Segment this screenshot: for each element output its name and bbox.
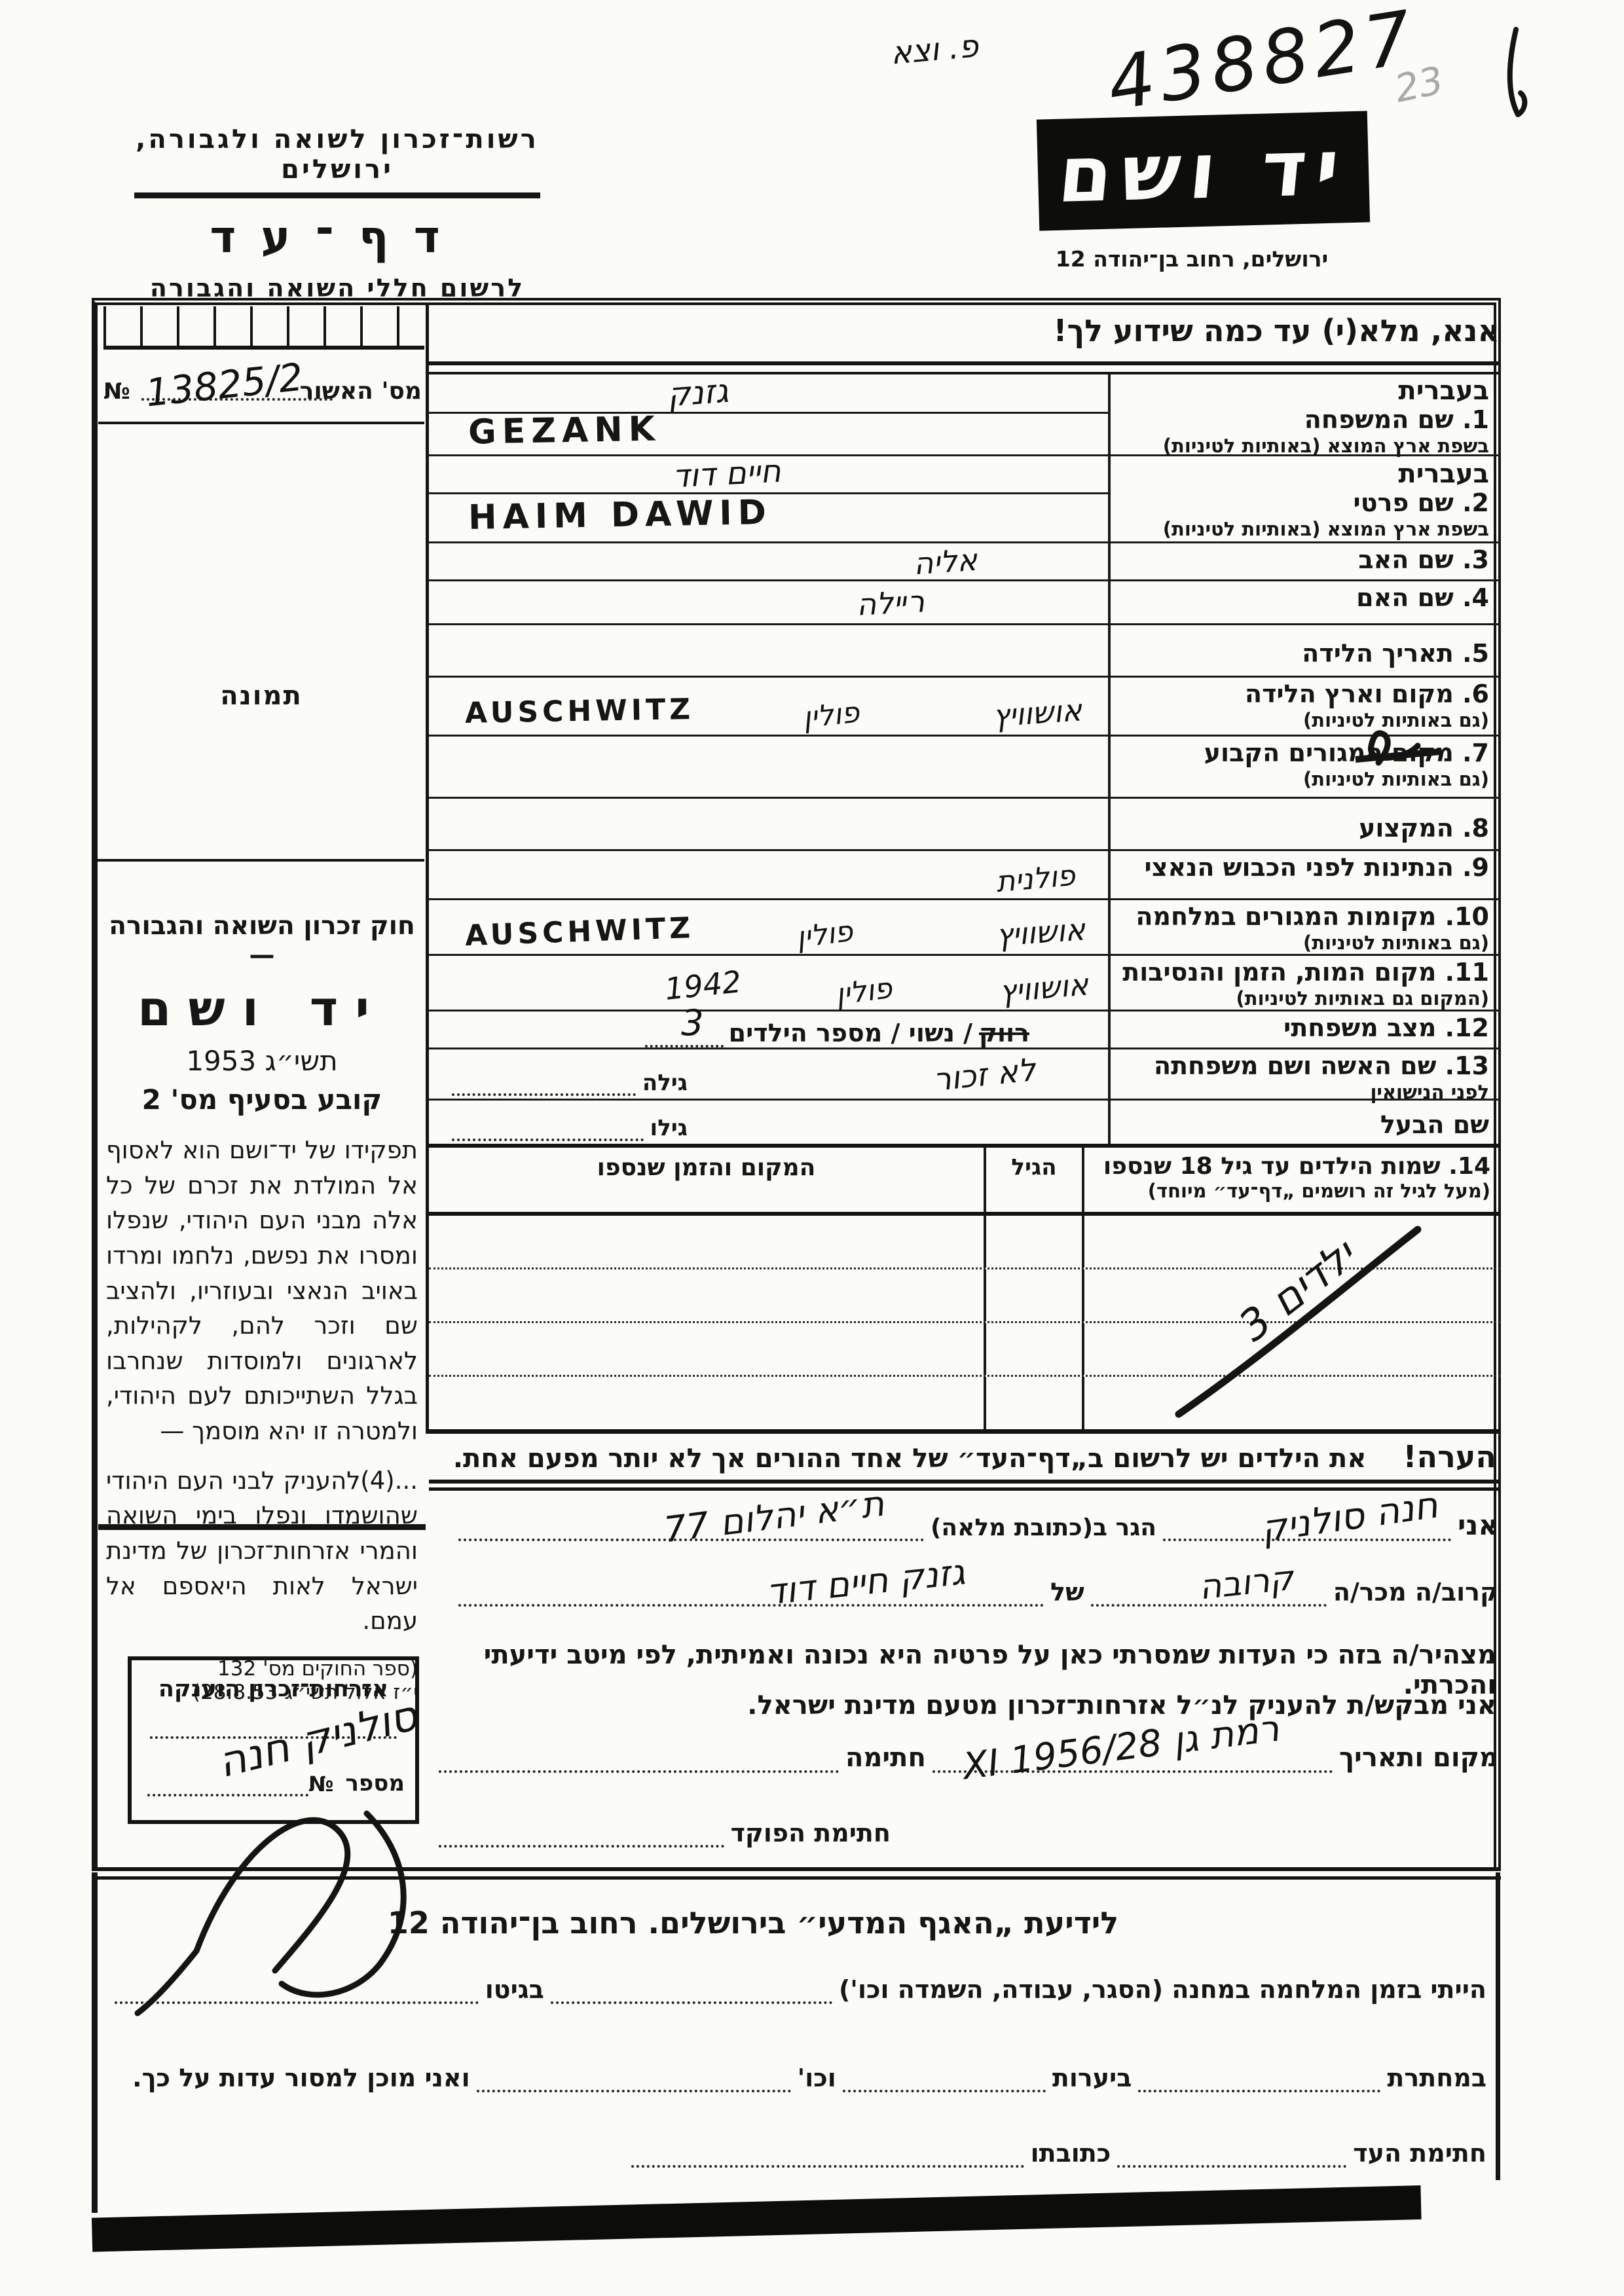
- file-number-faint: 23: [1391, 58, 1447, 111]
- children-table-header: 14. שמות הילדים עד גיל 18 שנספו (מעל לגי…: [429, 1148, 1501, 1216]
- husband-label: שם הבעל: [1108, 1101, 1501, 1144]
- scan-edge-bar: [92, 2185, 1422, 2252]
- field7-label: 7. מקום המגורים הקבוע (גם באותיות לטיניו…: [1108, 737, 1501, 797]
- children-age-header: הגיל: [984, 1148, 1082, 1212]
- law-text-block: חוק זכרון השואה והגבורה — יד ושם תשי״ג 1…: [106, 911, 418, 1704]
- field6-label: 6. מקום וארץ הלידה (גם באותיות לטיניות): [1108, 678, 1501, 735]
- bottom-line-underground: במחתרת ביערות וכו' ואני מוכן למסור עדות …: [108, 2056, 1486, 2092]
- field2-number: 2.: [1462, 488, 1489, 517]
- field-birth-place: 6. מקום וארץ הלידה (גם באותיות לטיניות) …: [429, 678, 1501, 737]
- relation-label: קרוב/ה מכר/ה: [1333, 1578, 1498, 1607]
- photo-placeholder-label: תמונה: [98, 681, 424, 711]
- ruler-strip: [103, 306, 424, 350]
- forests-label: ביערות: [1052, 2064, 1132, 2092]
- relation-dots: קרובה: [1091, 1570, 1327, 1607]
- marital-options: / נשוי / מספר הילדים: [729, 1019, 972, 1048]
- first-name-latin-handwritten: HAIM DAWID: [468, 493, 773, 538]
- children-row-4: [429, 1377, 1501, 1429]
- form-title: דף־עד: [134, 211, 540, 263]
- note-line: הערה! את הילדים יש לרשום ב„דף־העד״ של אח…: [432, 1439, 1496, 1474]
- husband-age-label: גילו: [650, 1115, 688, 1141]
- place-date-line: מקום ותאריך רמת גן 28/XI 1956 חתימה: [432, 1736, 1498, 1773]
- stamp-numero-sign: №: [308, 1772, 334, 1796]
- marital-option-struck: רווק: [979, 1019, 1029, 1048]
- birth-place-hebrew-handwritten: אושוויץ: [991, 692, 1082, 733]
- note-divider: [429, 1480, 1501, 1491]
- underground-dots: [1138, 2056, 1380, 2092]
- camp-dots: [551, 1967, 832, 2004]
- of-label: של: [1050, 1578, 1084, 1607]
- field-husband-name: שם הבעל גילו: [429, 1101, 1501, 1148]
- camp-label: הייתי בזמן המלחמה במחנה (הסגר, עבודה, הש…: [839, 1975, 1486, 2004]
- field-death-place: 11. מקום המות, הזמן והנסיבות (המקום גם ב…: [429, 956, 1501, 1011]
- forests-dots: [843, 2056, 1046, 2092]
- signature-dots: [439, 1736, 839, 1773]
- address-dots: ת״א יהלום 77: [458, 1504, 924, 1541]
- field-father-name: 3. שם האב אליה: [429, 543, 1501, 581]
- fill-instruction: אנא, מלא(י) עד כמה שידוע לך!: [432, 313, 1500, 348]
- field3-label: 3. שם האב: [1108, 543, 1501, 579]
- field-family-name: בעברית 1. שם המשפחה בשפת ארץ המוצא (באות…: [429, 373, 1501, 456]
- file-number-handwritten: 438827: [1102, 0, 1423, 127]
- law-body-1: תפקידו של יד־ושם הוא לאסוף אל המולדת את …: [106, 1133, 418, 1449]
- witness-signature-label: חתימת העד: [1353, 2139, 1486, 2168]
- children-names-header: 14. שמות הילדים עד גיל 18 שנספו (מעל לגי…: [1082, 1148, 1501, 1212]
- death-country-handwritten: פולין: [834, 972, 894, 1011]
- field1-hebrew-tag: בעברית: [1116, 376, 1489, 406]
- stamp-title: אזרחות־זכרון הוענקה: [132, 1676, 415, 1702]
- logo-address: ירושלים, רחוב בן־יהודה 12: [1008, 246, 1375, 272]
- witness-address-label: כתובתו: [1031, 2139, 1111, 2168]
- wife-age-label: גילה: [642, 1070, 688, 1096]
- org-underline: [134, 192, 540, 198]
- org-line: רשות־זכרון לשואה ולגבורה, ירושלים: [134, 124, 540, 185]
- clerk-line: חתימת הפוקד: [432, 1811, 891, 1848]
- ghetto-label: בגיטו: [485, 1975, 544, 2004]
- fields-grid: בעברית 1. שם המשפחה בשפת ארץ המוצא (באות…: [429, 373, 1501, 1148]
- children-count-dots: 3: [645, 1016, 724, 1048]
- clerk-dots: [439, 1811, 724, 1848]
- field2-hebrew-tag: בעברית: [1116, 459, 1489, 489]
- note-text: את הילדים יש לרשום ב„דף־העד״ של אחד ההור…: [453, 1444, 1367, 1474]
- field11-label: 11. מקום המות, הזמן והנסיבות (המקום גם ב…: [1108, 956, 1501, 1010]
- stamp-number-label: מספר: [345, 1770, 405, 1796]
- field-permanent-residence: 7. מקום המגורים הקבוע (גם באותיות לטיניו…: [429, 737, 1501, 799]
- witness-signature-dots: [1117, 2131, 1346, 2168]
- wife-age-group: גילה: [445, 1067, 688, 1096]
- children-table: 14. שמות הילדים עד גיל 18 שנספו (מעל לגי…: [429, 1148, 1501, 1434]
- field-profession: 8. המקצוע: [429, 799, 1501, 851]
- children-count-handwritten: 3: [681, 1002, 703, 1044]
- field5-label: 5. תאריך הלידה: [1108, 625, 1501, 676]
- field12-label: 12. מצב משפחתי: [1108, 1011, 1501, 1048]
- testify-label: ואני מוכן למסור עדות על כך.: [132, 2064, 470, 2092]
- field10-label: 10. מקומות המגורים במלחמה (גם באותיות לט…: [1108, 900, 1501, 954]
- field4-label: 4. שם האם: [1108, 581, 1501, 623]
- ghetto-dots: [115, 1967, 479, 2004]
- field1-number: 1.: [1462, 405, 1489, 434]
- bottom-title: לידיעת „האגף המדעי״ בירושלים. רחוב בן־יה…: [367, 1905, 1139, 1941]
- law-block-bottom: [98, 1524, 426, 1530]
- of-dots: גזנק חיים דוד: [458, 1570, 1044, 1607]
- wartime-place-hebrew-handwritten: אושוויץ: [995, 911, 1086, 953]
- photo-box-bottom: [98, 859, 424, 862]
- children-place-header: המקום והזמן שנספו: [429, 1148, 984, 1212]
- yad-vashem-logo-text: יד ושם: [1054, 122, 1352, 220]
- birth-country-handwritten: פולין: [801, 696, 860, 735]
- relation-line: קרוב/ה מכר/ה קרובה של גזנק חיים דוד: [452, 1570, 1498, 1607]
- field-wartime-residence: 10. מקומות המגורים במלחמה (גם באותיות לט…: [429, 900, 1501, 956]
- death-place-hebrew-handwritten: אושוויץ: [998, 966, 1090, 1010]
- field2-subtitle: בשפת ארץ המוצא (באותיות לטיניות): [1116, 518, 1489, 541]
- field-mother-name: 4. שם האם רײלה: [429, 581, 1501, 625]
- field1-subtitle: בשפת ארץ המוצא (באותיות לטיניות): [1116, 435, 1489, 458]
- field-marital-status: 12. מצב משפחתי רווק / נשוי / מספר הילדים…: [429, 1011, 1501, 1049]
- instruction-divider: [429, 361, 1501, 374]
- etc-dots: [477, 2056, 791, 2092]
- witness-line: אני חנה סולניק הגר ב(כתובת מלאה) ת״א יהל…: [452, 1504, 1498, 1541]
- address-label: הגר ב(כתובת מלאה): [931, 1514, 1156, 1541]
- family-name-latin-handwritten: GEZANK: [468, 409, 661, 452]
- wife-name-handwritten: לא זכור: [932, 1051, 1038, 1099]
- etc-label: וכו': [798, 2064, 836, 2092]
- place-date-label: מקום ותאריך: [1339, 1743, 1498, 1773]
- family-name-hebrew-handwritten: גזנק: [666, 372, 729, 414]
- clerk-label: חתימת הפוקד: [731, 1819, 891, 1848]
- husband-age-group: גילו: [445, 1112, 688, 1141]
- law-clause: קובע בסעיף מס' 2: [106, 1084, 418, 1116]
- field13-label: 13. שם האשה ושם משפחתה לפני הנישואין: [1108, 1049, 1501, 1099]
- yad-vashem-logo: יד ושם: [1037, 111, 1370, 230]
- frame-left-lower: [92, 1872, 98, 2213]
- mother-name-handwritten: רײלה: [856, 583, 926, 622]
- section-divider: [92, 1867, 1501, 1880]
- scanned-testimony-page: פ. וצא 438827 23 רשות־זכרון לשואה ולגבור…: [0, 0, 1624, 2296]
- field-first-name: בעברית 2. שם פרטי בשפת ארץ המוצא (באותיו…: [429, 456, 1501, 543]
- field-birth-date: 5. תאריך הלידה: [429, 625, 1501, 678]
- citizenship-request: אני מבקש/ת להעניק לנ״ל אזרחות־זכרון מטעם…: [432, 1690, 1496, 1721]
- children-row-3: [429, 1323, 1501, 1377]
- field-citizenship: 9. הנתינות לפני הכבוש הנאצי פולנית: [429, 851, 1501, 900]
- numero-sign: №: [103, 378, 130, 405]
- law-logo-words: יד ושם: [106, 981, 418, 1037]
- witness-i-label: אני: [1458, 1509, 1498, 1541]
- law-body-2: ‏...(4)להעניק לבני העם היהודי שהושמדו ונ…: [106, 1463, 418, 1639]
- field9-label: 9. הנתינות לפני הכבוש הנאצי: [1108, 851, 1501, 898]
- death-year-handwritten: 1942: [663, 964, 743, 1007]
- pencil-note: פ. וצא: [889, 27, 980, 71]
- field2-label: בעברית 2. שם פרטי בשפת ארץ המוצא (באותיו…: [1108, 456, 1501, 541]
- birth-place-latin-handwritten: AUSCHWITZ: [465, 693, 695, 730]
- approval-number-handwritten: 13825/2: [143, 355, 305, 416]
- bottom-line-camp: הייתי בזמן המלחמה במחנה (הסגר, עבודה, הש…: [108, 1967, 1486, 2004]
- law-title: חוק זכרון השואה והגבורה —: [106, 911, 418, 970]
- field8-label: 8. המקצוע: [1108, 799, 1501, 849]
- underground-label: במחתרת: [1387, 2064, 1486, 2092]
- approval-label: מס' האשור: [300, 378, 422, 405]
- first-name-hebrew-handwritten: חיים דוד: [671, 453, 781, 496]
- field1-label: בעברית 1. שם המשפחה בשפת ארץ המוצא (באות…: [1108, 373, 1501, 454]
- wartime-country-handwritten: פולין: [794, 915, 855, 955]
- bottom-line-signature: חתימת העד כתובתו: [108, 2131, 1486, 2168]
- pen-mark-icon: [1510, 29, 1525, 115]
- witness-address-dots: [631, 2131, 1024, 2168]
- wife-age-dots: [452, 1067, 636, 1096]
- field2-title: שם פרטי: [1354, 488, 1454, 517]
- frame-right-lower: [1496, 1872, 1500, 2180]
- approval-row: № 13825/2 מס' האשור: [100, 355, 424, 411]
- approval-divider: [98, 422, 424, 424]
- signature-label: חתימה: [845, 1743, 926, 1773]
- law-year: תשי״ג 1953: [106, 1045, 418, 1077]
- father-name-handwritten: אליה: [912, 542, 978, 582]
- wartime-place-latin-handwritten: AUSCHWITZ: [464, 911, 695, 953]
- place-date-dots: רמת גן 28/XI 1956: [932, 1736, 1333, 1773]
- note-head: הערה!: [1403, 1439, 1496, 1474]
- citizenship-handwritten: פולנית: [995, 859, 1077, 899]
- witness-name-dots: חנה סולניק: [1163, 1504, 1451, 1541]
- field-wife-name: 13. שם האשה ושם משפחתה לפני הנישואין לא …: [429, 1049, 1501, 1101]
- husband-age-dots: [452, 1112, 644, 1141]
- header-org-block: רשות־זכרון לשואה ולגבורה, ירושלים דף־עד …: [134, 124, 540, 302]
- field1-title: שם המשפחה: [1304, 405, 1454, 434]
